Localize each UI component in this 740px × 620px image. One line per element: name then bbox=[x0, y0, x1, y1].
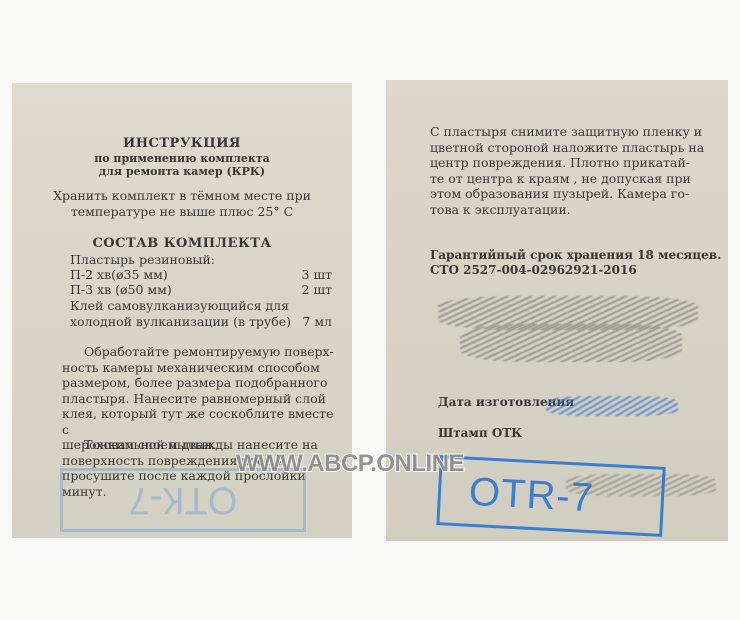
warranty-text: Гарантийный срок хранения 18 месяцев. bbox=[430, 248, 721, 264]
otk-stamp-label: Штамп ОТК bbox=[438, 426, 522, 442]
instruction-subtitle-2: для ремонта камер (КРК) bbox=[12, 165, 352, 178]
kit-item-glue: холодной вулканизации (в трубе) 7 мл bbox=[70, 314, 332, 330]
glue-line-1: Клей самовулканизующийся для bbox=[70, 298, 289, 314]
glue-line-2: холодной вулканизации (в трубе) bbox=[70, 314, 291, 330]
kit-item: П-3 хв (ø50 мм) 2 шт bbox=[70, 282, 332, 298]
storage-line-2: температуре не выше плюс 25° С bbox=[12, 204, 352, 220]
application-paragraph: С пластыря снимите защитную пленку и цве… bbox=[430, 124, 722, 217]
kit-item-qty: 3 шт bbox=[302, 267, 332, 283]
stamp-scribble bbox=[566, 474, 716, 496]
kit-item: П-2 хв(ø35 мм) 3 шт bbox=[70, 267, 332, 283]
redacted-scribble bbox=[460, 324, 682, 362]
otk-stamp: OTR-7 bbox=[436, 455, 665, 537]
kit-item-qty: 2 шт bbox=[302, 282, 332, 298]
date-scribble bbox=[546, 396, 678, 416]
instruction-title: ИНСТРУКЦИЯ bbox=[12, 136, 352, 152]
standard-code: СТО 2527-004-02962921-2016 bbox=[430, 263, 637, 279]
divider-gap bbox=[352, 80, 386, 550]
kit-item-name: П-3 хв (ø50 мм) bbox=[70, 282, 172, 298]
glue-qty: 7 мл bbox=[302, 314, 332, 330]
kit-heading: СОСТАВ КОМПЛЕКТА bbox=[12, 236, 352, 252]
instruction-subtitle-1: по применению комплекта bbox=[12, 152, 352, 165]
patch-heading: Пластырь резиновый: bbox=[70, 252, 215, 268]
storage-line-1: Хранить комплект в тёмном месте при bbox=[12, 188, 352, 204]
kit-item-name: П-2 хв(ø35 мм) bbox=[70, 267, 168, 283]
watermark: WWW.ABCP.ONLINE bbox=[236, 450, 464, 478]
